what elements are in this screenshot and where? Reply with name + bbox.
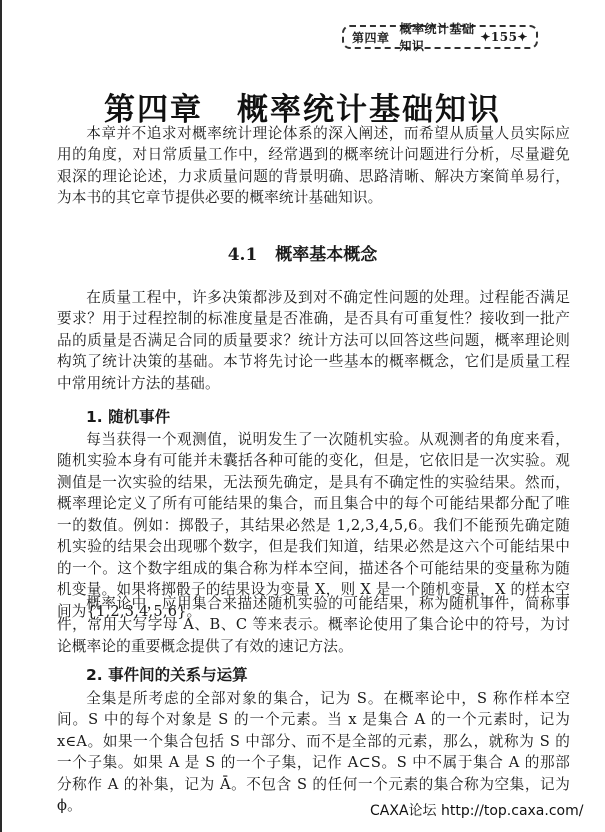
subsection-1-title: 1. 随机事件 — [86, 405, 170, 427]
section-name: 概率基本概念 — [275, 245, 377, 265]
subsection-1-paragraph-2: 概率论中，应用集合来描述随机实验的可能结果，称为随机事件，简称事件，常用大写字母… — [57, 593, 570, 658]
section-paragraph: 在质量工程中，许多决策都涉及到对不确定性问题的处理。过程能否满足要求？用于过程控… — [57, 287, 570, 395]
running-head-chapter: 第四章 — [352, 29, 390, 46]
running-header: 第四章 概率统计基础知识 ✦155✦ — [342, 25, 538, 49]
subsection-2-paragraph: 全集是所考虑的全部对象的集合，记为 S。在概率论中，S 称作样本空间。S 中的每… — [57, 688, 570, 817]
page-number: ✦155✦ — [480, 30, 528, 44]
subsection-2-title: 2. 事件间的关系与运算 — [86, 663, 248, 685]
intro-paragraph: 本章并不追求对概率统计理论体系的深入阐述，而希望从质量人员实际应用的角度，对日常… — [57, 123, 570, 209]
running-head-title: 概率统计基础知识 — [400, 20, 481, 54]
section-number: 4.1 — [228, 245, 258, 265]
section-heading: 4.1概率基本概念 — [0, 240, 605, 265]
watermark: CAXA论坛 http://top.caxa.com/ — [370, 800, 583, 820]
